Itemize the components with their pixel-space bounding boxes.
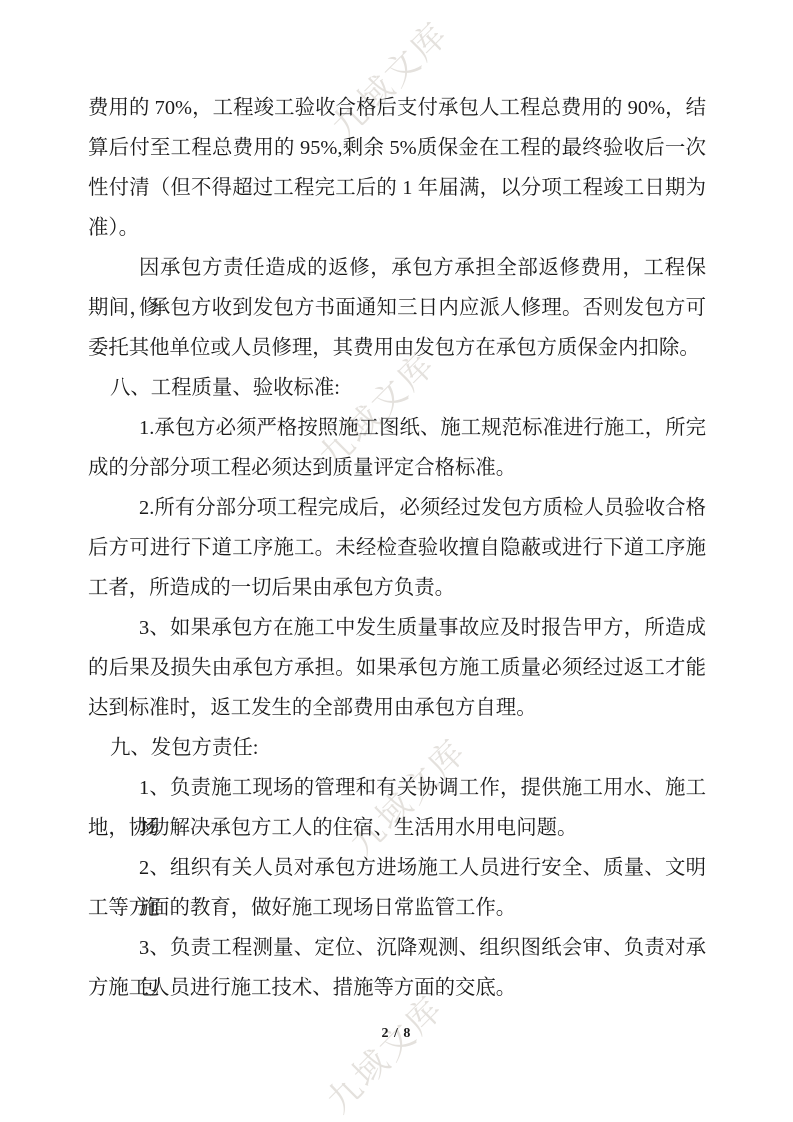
text-line: 地，协助解决承包方工人的住宿、生活用水用电问题。 — [88, 808, 706, 848]
text-line: 1、负责施工现场的管理和有关协调工作，提供施工用水、施工场 — [88, 768, 706, 808]
text-line: 成的分部分项工程必须达到质量评定合格标准。 — [88, 448, 706, 488]
text-line: 期间，承包方收到发包方书面通知三日内应派人修理。否则发包方可 — [88, 288, 706, 328]
text-line: 九、发包方责任: — [88, 728, 706, 768]
text-line: 2.所有分部分项工程完成后，必须经过发包方质检人员验收合格 — [88, 488, 706, 528]
text-line: 算后付至工程总费用的 95%,剩余 5%质保金在工程的最终验收后一次 — [88, 128, 706, 168]
text-line: 工者，所造成的一切后果由承包方负责。 — [88, 568, 706, 608]
document-page: 九域文库 九域文库 九域文库 九域文库 费用的 70%，工程竣工验收合格后支付承… — [0, 0, 793, 1122]
text-line: 费用的 70%，工程竣工验收合格后支付承包人工程总费用的 90%，结 — [88, 88, 706, 128]
paragraph: 2、组织有关人员对承包方进场施工人员进行安全、质量、文明施工等方面的教育，做好施… — [88, 848, 706, 928]
text-line: 工等方面的教育，做好施工现场日常监管工作。 — [88, 888, 706, 928]
page-number: 2 / 8 — [0, 1026, 793, 1042]
text-line: 八、工程质量、验收标准: — [88, 368, 706, 408]
text-line: 委托其他单位或人员修理，其费用由发包方在承包方质保金内扣除。 — [88, 328, 706, 368]
text-line: 方施工人员进行施工技术、措施等方面的交底。 — [88, 968, 706, 1008]
paragraph: 1.承包方必须严格按照施工图纸、施工规范标准进行施工，所完成的分部分项工程必须达… — [88, 408, 706, 488]
text-line: 3、如果承包方在施工中发生质量事故应及时报告甲方，所造成 — [88, 608, 706, 648]
paragraph: 因承包方责任造成的返修，承包方承担全部返修费用，工程保修期间，承包方收到发包方书… — [88, 248, 706, 368]
text-line: 达到标准时，返工发生的全部费用由承包方自理。 — [88, 688, 706, 728]
paragraph: 费用的 70%，工程竣工验收合格后支付承包人工程总费用的 90%，结算后付至工程… — [88, 88, 706, 248]
paragraph: 1、负责施工现场的管理和有关协调工作，提供施工用水、施工场地，协助解决承包方工人… — [88, 768, 706, 848]
text-line: 性付清（但不得超过工程完工后的 1 年届满，以分项工程竣工日期为 — [88, 168, 706, 208]
section-heading: 九、发包方责任: — [88, 728, 706, 768]
text-line: 2、组织有关人员对承包方进场施工人员进行安全、质量、文明施 — [88, 848, 706, 888]
paragraph: 3、如果承包方在施工中发生质量事故应及时报告甲方，所造成的后果及损失由承包方承担… — [88, 608, 706, 728]
text-line: 1.承包方必须严格按照施工图纸、施工规范标准进行施工，所完 — [88, 408, 706, 448]
text-line: 因承包方责任造成的返修，承包方承担全部返修费用，工程保修 — [88, 248, 706, 288]
text-line: 后方可进行下道工序施工。未经检查验收擅自隐蔽或进行下道工序施 — [88, 528, 706, 568]
section-heading: 八、工程质量、验收标准: — [88, 368, 706, 408]
document-body: 费用的 70%，工程竣工验收合格后支付承包人工程总费用的 90%，结算后付至工程… — [88, 88, 706, 1008]
text-line: 准）。 — [88, 208, 706, 248]
paragraph: 3、负责工程测量、定位、沉降观测、组织图纸会审、负责对承包方施工人员进行施工技术… — [88, 928, 706, 1008]
text-line: 的后果及损失由承包方承担。如果承包方施工质量必须经过返工才能 — [88, 648, 706, 688]
text-line: 3、负责工程测量、定位、沉降观测、组织图纸会审、负责对承包 — [88, 928, 706, 968]
paragraph: 2.所有分部分项工程完成后，必须经过发包方质检人员验收合格后方可进行下道工序施工… — [88, 488, 706, 608]
